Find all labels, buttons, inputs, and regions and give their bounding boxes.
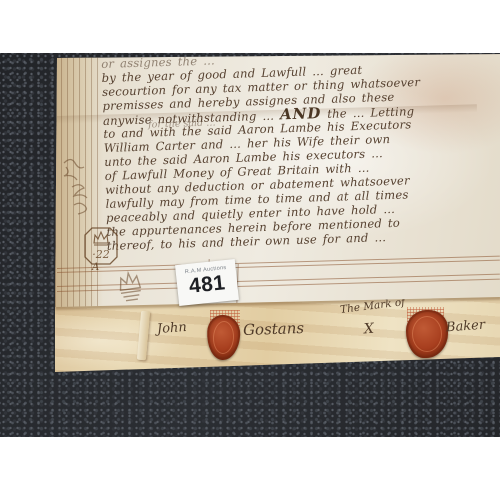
manuscript-text-block: or assignes the … by the year of good an…	[101, 53, 425, 253]
auction-photo-frame: or assignes the … by the year of good an…	[0, 0, 500, 500]
photo: or assignes the … by the year of good an…	[0, 53, 500, 437]
signature-baker: Baker	[446, 318, 486, 336]
signature-gostans: Gostans	[243, 319, 305, 339]
margin-ink-marks-icon	[58, 153, 94, 217]
stamp-value: ·22	[92, 248, 110, 261]
letterbox-top	[0, 0, 500, 53]
seal-tag	[137, 311, 150, 361]
interlined-faint-text: for the said …	[148, 117, 216, 130]
crown-stamp-icon	[110, 267, 150, 306]
wax-seal	[406, 310, 448, 358]
annotation-letter-a: A	[92, 262, 99, 273]
wax-seal	[206, 314, 241, 361]
crown-duty-stamp-icon: ·22	[84, 227, 118, 265]
signature-john: John	[157, 320, 188, 337]
letterbox-bottom	[0, 437, 500, 500]
signature-x-mark: X	[363, 321, 374, 338]
auction-lot-sticker: R.A.M Auctions 481	[175, 259, 239, 306]
